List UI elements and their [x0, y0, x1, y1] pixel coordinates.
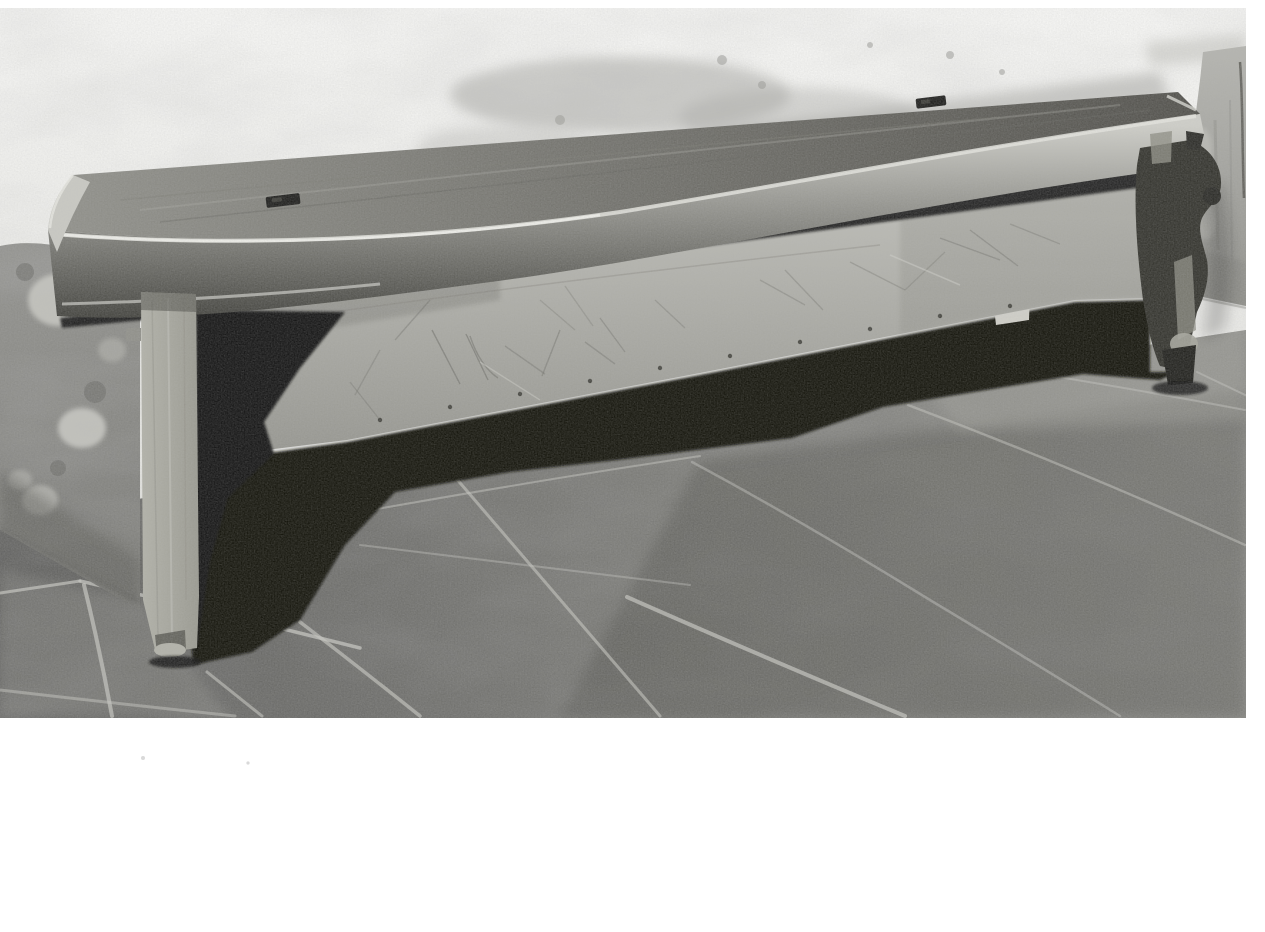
photo-page: [0, 0, 1265, 932]
film-grain-overlay: [0, 8, 1246, 718]
photograph: [0, 0, 1265, 932]
photo-area: [0, 8, 1260, 720]
